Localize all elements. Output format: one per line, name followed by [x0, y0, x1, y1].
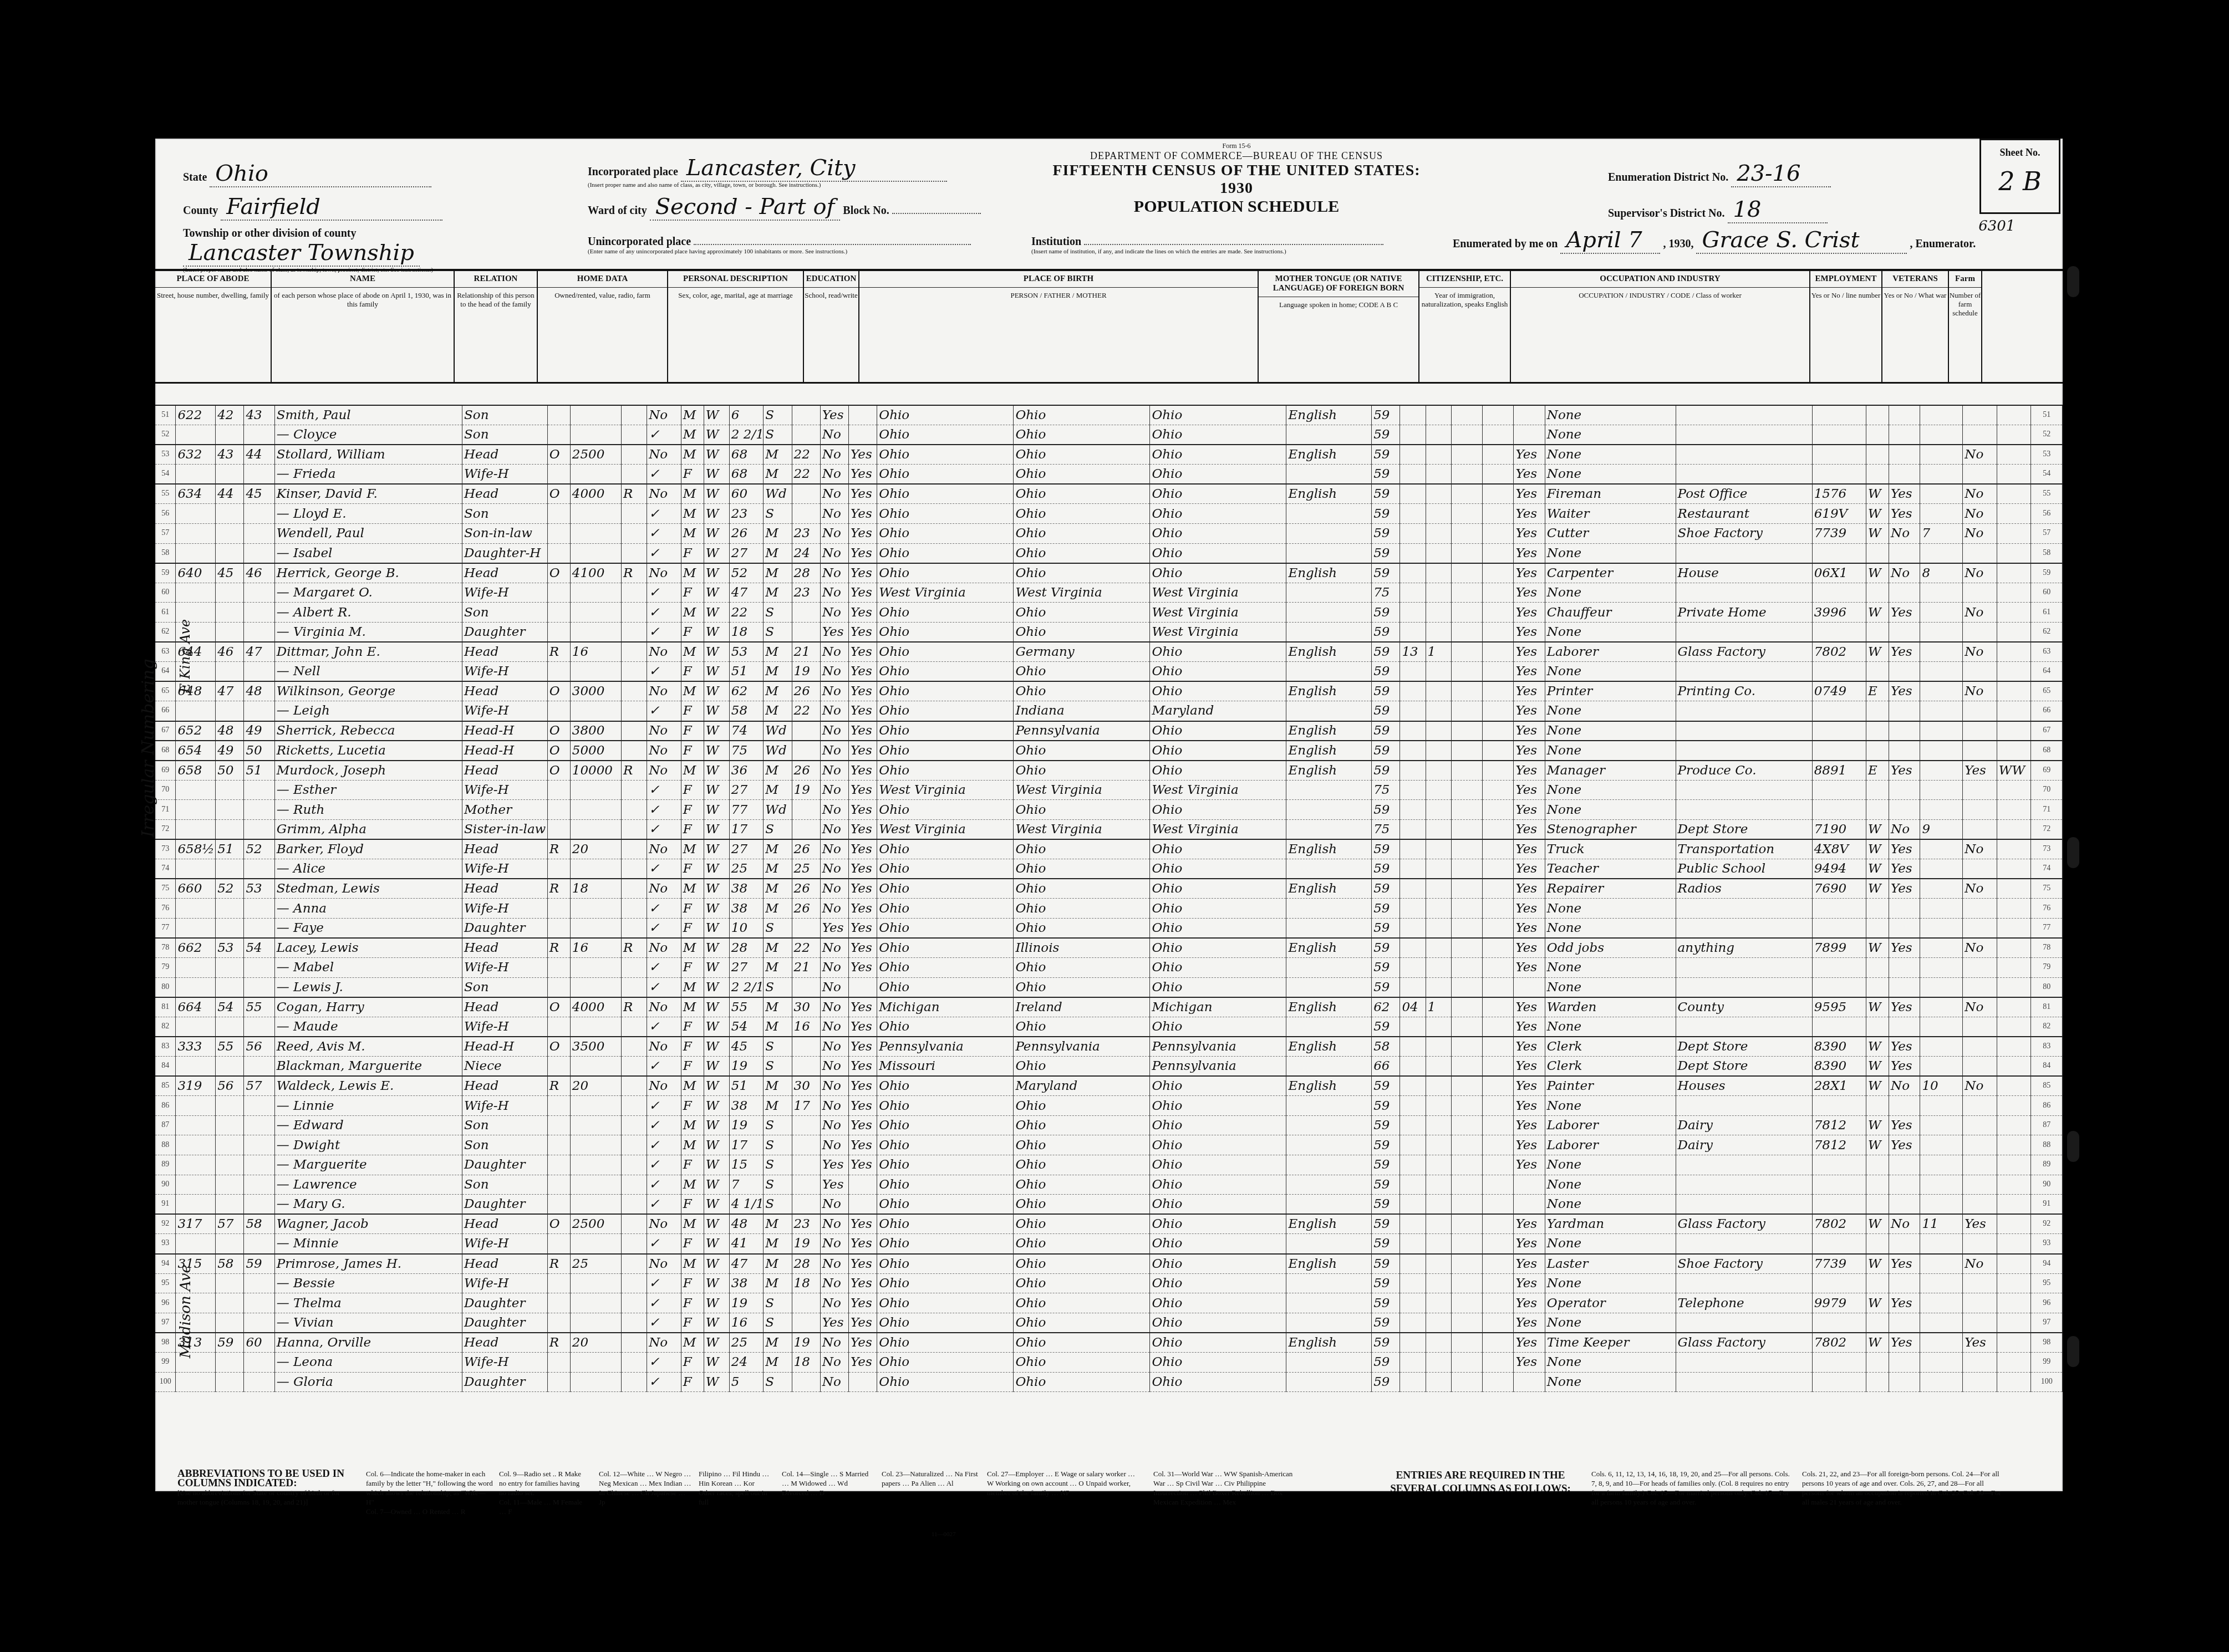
line-number-right: 79: [2031, 958, 2063, 978]
house-number: [176, 1372, 216, 1392]
class-of-worker: [1866, 780, 1889, 800]
war: [1997, 484, 2031, 504]
sex: F: [681, 780, 704, 800]
home-owned: [547, 1115, 570, 1135]
code-a: 59: [1372, 1096, 1400, 1116]
table-row: 943155859Primrose, James H.HeadR25NoMW47…: [155, 1254, 2063, 1274]
farm: ✓: [647, 1293, 681, 1313]
family-number: 46: [244, 563, 274, 583]
dwelling-number: [216, 1353, 244, 1373]
war: [1997, 741, 2031, 761]
house-number: 634: [176, 484, 216, 504]
family-number: [244, 1195, 274, 1215]
line-number: 89: [155, 1155, 176, 1175]
class-of-worker: E: [1866, 681, 1889, 701]
war: [1997, 721, 2031, 741]
industry: [1676, 1175, 1812, 1195]
age: 60: [729, 484, 764, 504]
occupation-code: 7899: [1812, 938, 1866, 958]
sex: F: [681, 701, 704, 721]
father-birthplace: Ohio: [1014, 465, 1150, 485]
attended-school: No: [820, 465, 848, 485]
race: W: [704, 977, 729, 997]
speaks-english: Yes: [1514, 1115, 1545, 1135]
war: [1997, 1214, 2031, 1234]
code-a: 59: [1372, 701, 1400, 721]
stamp-number: 6301: [1978, 218, 2015, 234]
naturalization: [1483, 681, 1514, 701]
person-name: — Minnie: [274, 1234, 462, 1254]
code-b: [1400, 1175, 1426, 1195]
relation: Wife-H: [462, 583, 548, 603]
occupation: Clerk: [1545, 1057, 1676, 1077]
unemployment-line: [1920, 741, 1963, 761]
employed: No: [1889, 563, 1920, 583]
table-row: 86— LinnieWife-H✓FW38M17NoYesOhioOhioOhi…: [155, 1096, 2063, 1116]
war: [1997, 681, 2031, 701]
occupation-code: 8891: [1812, 761, 1866, 781]
township-value: Lancaster Township: [189, 240, 414, 266]
mother-tongue: [1286, 1115, 1372, 1135]
age-at-marriage: 22: [792, 465, 820, 485]
person-name: — Vivian: [274, 1313, 462, 1333]
family-number: [244, 918, 274, 938]
class-of-worker: [1866, 662, 1889, 682]
age-at-marriage: 22: [792, 445, 820, 465]
age-at-marriage: 23: [792, 1214, 820, 1234]
father-birthplace: Ohio: [1014, 741, 1150, 761]
read-write: Yes: [849, 623, 877, 643]
relation: Head: [462, 879, 548, 899]
speaks-english: [1514, 977, 1545, 997]
marital-status: S: [764, 1313, 792, 1333]
occupation: None: [1545, 1372, 1676, 1392]
age: 68: [729, 465, 764, 485]
speaks-english: Yes: [1514, 819, 1545, 839]
dwelling-number: [216, 800, 244, 820]
line-number-right: 82: [2031, 1017, 2063, 1037]
code-c: [1426, 977, 1451, 997]
home-value: [570, 1135, 621, 1155]
person-name: Hanna, Orville: [274, 1333, 462, 1353]
race: W: [704, 1293, 729, 1313]
code-c: [1426, 958, 1451, 978]
home-value: [570, 504, 621, 524]
enumerator-name: Grace S. Crist: [1702, 227, 1859, 253]
home-owned: [547, 465, 570, 485]
age-at-marriage: 26: [792, 681, 820, 701]
attended-school: No: [820, 879, 848, 899]
home-value: 20: [570, 1333, 621, 1353]
code-b: [1400, 1254, 1426, 1274]
dwelling-number: [216, 1372, 244, 1392]
code-b: [1400, 1057, 1426, 1077]
code-c: [1426, 819, 1451, 839]
home-value: [570, 603, 621, 623]
race: W: [704, 1096, 729, 1116]
relation: Head: [462, 997, 548, 1017]
war: [1997, 1135, 2031, 1155]
family-number: [244, 701, 274, 721]
mother-tongue: [1286, 1195, 1372, 1215]
attended-school: No: [820, 1057, 848, 1077]
binder-hole: [2067, 837, 2079, 868]
sex: F: [681, 1057, 704, 1077]
class-of-worker: W: [1866, 1333, 1889, 1353]
radio: [622, 1273, 647, 1293]
race: W: [704, 1155, 729, 1175]
marital-status: S: [764, 918, 792, 938]
house-number: 664: [176, 997, 216, 1017]
age-at-marriage: 26: [792, 899, 820, 919]
mother-tongue: [1286, 1372, 1372, 1392]
mother-birthplace: Ohio: [1150, 1155, 1286, 1175]
line-number-right: 99: [2031, 1353, 2063, 1373]
house-number: [176, 504, 216, 524]
dwelling-number: 58: [216, 1254, 244, 1274]
attended-school: No: [820, 681, 848, 701]
dwelling-number: [216, 977, 244, 997]
marital-status: M: [764, 859, 792, 879]
family-number: [244, 583, 274, 603]
code-c: [1426, 1372, 1451, 1392]
table-row: 91— Mary G.Daughter✓FW4 1/12SNoOhioOhioO…: [155, 1195, 2063, 1215]
speaks-english: Yes: [1514, 1155, 1545, 1175]
occupation-code: 7190: [1812, 819, 1866, 839]
family-number: [244, 1135, 274, 1155]
birthplace: Ohio: [877, 563, 1014, 583]
line-number: 97: [155, 1313, 176, 1333]
age: 19: [729, 1293, 764, 1313]
marital-status: S: [764, 623, 792, 643]
mother-birthplace: Ohio: [1150, 761, 1286, 781]
mother-tongue: English: [1286, 445, 1372, 465]
line-number-right: 97: [2031, 1313, 2063, 1333]
veteran: No: [1963, 484, 1997, 504]
occupation: Stenographer: [1545, 819, 1676, 839]
house-number: [176, 1155, 216, 1175]
immigration-year: [1451, 465, 1482, 485]
line-number-right: 75: [2031, 879, 2063, 899]
relation: Head: [462, 642, 548, 662]
father-birthplace: Ohio: [1014, 445, 1150, 465]
read-write: Yes: [849, 938, 877, 958]
marital-status: Wd: [764, 741, 792, 761]
line-number: 99: [155, 1353, 176, 1373]
home-owned: [547, 1057, 570, 1077]
radio: [622, 1254, 647, 1274]
read-write: Yes: [849, 681, 877, 701]
attended-school: No: [820, 563, 848, 583]
occupation: Repairer: [1545, 879, 1676, 899]
line-number: 75: [155, 879, 176, 899]
sex: M: [681, 1175, 704, 1195]
war: [1997, 1195, 2031, 1215]
read-write: Yes: [849, 662, 877, 682]
occupation: Waiter: [1545, 504, 1676, 524]
read-write: Yes: [849, 603, 877, 623]
farm: No: [647, 405, 681, 425]
farm: ✓: [647, 662, 681, 682]
relation: Wife-H: [462, 1273, 548, 1293]
code-b: [1400, 484, 1426, 504]
home-value: [570, 977, 621, 997]
mother-birthplace: Ohio: [1150, 1234, 1286, 1254]
person-name: — Frieda: [274, 465, 462, 485]
home-value: [570, 1017, 621, 1037]
employed: [1889, 958, 1920, 978]
unemployment-line: [1920, 938, 1963, 958]
occupation-code: [1812, 1017, 1866, 1037]
war: [1997, 1313, 2031, 1333]
code-c: [1426, 563, 1451, 583]
race: W: [704, 642, 729, 662]
farm: ✓: [647, 1017, 681, 1037]
person-name: — Thelma: [274, 1293, 462, 1313]
marital-status: M: [764, 642, 792, 662]
enumerated-by-field: Enumerated by me on April 7 , 1930, Grac…: [1453, 227, 2015, 254]
family-number: [244, 465, 274, 485]
industry: [1676, 623, 1812, 643]
age: 51: [729, 662, 764, 682]
industry: [1676, 1313, 1812, 1333]
house-number: [176, 977, 216, 997]
relation: Head: [462, 938, 548, 958]
war: [1997, 504, 2031, 524]
race: W: [704, 1037, 729, 1057]
mother-birthplace: Ohio: [1150, 1115, 1286, 1135]
code-c: [1426, 1096, 1451, 1116]
incorporated-place-field: Incorporated place Lancaster, City (Inse…: [588, 155, 947, 188]
code-b: [1400, 603, 1426, 623]
home-value: [570, 425, 621, 445]
birthplace: West Virginia: [877, 819, 1014, 839]
relation: Wife-H: [462, 662, 548, 682]
marital-status: S: [764, 1037, 792, 1057]
occupation: Teacher: [1545, 859, 1676, 879]
father-birthplace: Ohio: [1014, 918, 1150, 938]
mother-birthplace: Ohio: [1150, 1353, 1286, 1373]
table-row: 80— Lewis J.Son✓MW2 2/12SNoOhioOhioOhio5…: [155, 977, 2063, 997]
radio: [622, 1017, 647, 1037]
line-number-right: 93: [2031, 1234, 2063, 1254]
table-row: 96— ThelmaDaughter✓FW19SNoYesOhioOhioOhi…: [155, 1293, 2063, 1313]
table-row: 79— MabelWife-H✓FW27M21NoYesOhioOhioOhio…: [155, 958, 2063, 978]
birthplace: Ohio: [877, 1195, 1014, 1215]
person-name: — Ruth: [274, 800, 462, 820]
person-name: — Gloria: [274, 1372, 462, 1392]
speaks-english: Yes: [1514, 1076, 1545, 1096]
code-c: [1426, 918, 1451, 938]
mother-tongue: English: [1286, 1254, 1372, 1274]
read-write: [849, 405, 877, 425]
line-number: 67: [155, 721, 176, 741]
farm: ✓: [647, 1313, 681, 1333]
father-birthplace: Germany: [1014, 642, 1150, 662]
dwelling-number: 50: [216, 761, 244, 781]
line-number-right: 60: [2031, 583, 2063, 603]
read-write: [849, 1175, 877, 1195]
class-of-worker: [1866, 465, 1889, 485]
occupation: Time Keeper: [1545, 1333, 1676, 1353]
home-owned: [547, 543, 570, 563]
family-number: [244, 623, 274, 643]
industry: Houses: [1676, 1076, 1812, 1096]
code-b: [1400, 543, 1426, 563]
race: W: [704, 997, 729, 1017]
code-b: [1400, 879, 1426, 899]
table-row: 556344445Kinser, David F.HeadO4000RNoMW6…: [155, 484, 2063, 504]
attended-school: No: [820, 859, 848, 879]
code-b: [1400, 918, 1426, 938]
age: 18: [729, 623, 764, 643]
family-number: [244, 543, 274, 563]
code-c: [1426, 465, 1451, 485]
occupation: None: [1545, 1313, 1676, 1333]
radio: [622, 1135, 647, 1155]
house-number: 654: [176, 741, 216, 761]
naturalization: [1483, 1293, 1514, 1313]
code-c: [1426, 899, 1451, 919]
sex: F: [681, 1096, 704, 1116]
home-owned: O: [547, 721, 570, 741]
race: W: [704, 681, 729, 701]
code-c: [1426, 1115, 1451, 1135]
radio: [622, 819, 647, 839]
mother-tongue: [1286, 1313, 1372, 1333]
class-of-worker: W: [1866, 879, 1889, 899]
employed: [1889, 701, 1920, 721]
employed: [1889, 899, 1920, 919]
age-at-marriage: 17: [792, 1096, 820, 1116]
immigration-year: [1451, 524, 1482, 544]
home-owned: O: [547, 563, 570, 583]
occupation: Odd jobs: [1545, 938, 1676, 958]
immigration-year: [1451, 780, 1482, 800]
father-birthplace: Ohio: [1014, 859, 1150, 879]
radio: [622, 445, 647, 465]
attended-school: Yes: [820, 1175, 848, 1195]
read-write: Yes: [849, 741, 877, 761]
code-a: 59: [1372, 938, 1400, 958]
naturalization: [1483, 1057, 1514, 1077]
marital-status: M: [764, 1254, 792, 1274]
line-number-right: 72: [2031, 819, 2063, 839]
home-value: [570, 1175, 621, 1195]
naturalization: [1483, 484, 1514, 504]
marital-status: M: [764, 839, 792, 859]
home-owned: [547, 918, 570, 938]
race: W: [704, 543, 729, 563]
farm: ✓: [647, 603, 681, 623]
occupation-code: [1812, 1372, 1866, 1392]
naturalization: [1483, 938, 1514, 958]
naturalization: [1483, 524, 1514, 544]
dwelling-number: [216, 1313, 244, 1333]
industry: [1676, 405, 1812, 425]
home-value: [570, 465, 621, 485]
farm: No: [647, 721, 681, 741]
veteran: [1963, 1017, 1997, 1037]
birthplace: Ohio: [877, 1214, 1014, 1234]
read-write: Yes: [849, 1353, 877, 1373]
class-of-worker: W: [1866, 563, 1889, 583]
code-c: [1426, 839, 1451, 859]
father-birthplace: Pennsylvania: [1014, 721, 1150, 741]
birthplace: Ohio: [877, 1135, 1014, 1155]
line-number-right: 89: [2031, 1155, 2063, 1175]
father-birthplace: Ohio: [1014, 1175, 1150, 1195]
speaks-english: Yes: [1514, 1135, 1545, 1155]
table-row: 87— EdwardSon✓MW19SNoYesOhioOhioOhio59Ye…: [155, 1115, 2063, 1135]
read-write: Yes: [849, 1057, 877, 1077]
mother-tongue: [1286, 819, 1372, 839]
attended-school: No: [820, 1076, 848, 1096]
class-of-worker: [1866, 1195, 1889, 1215]
code-c: [1426, 603, 1451, 623]
class-of-worker: W: [1866, 1214, 1889, 1234]
occupation-code: 28X1: [1812, 1076, 1866, 1096]
line-number: 65: [155, 681, 176, 701]
home-value: [570, 1096, 621, 1116]
read-write: [849, 1372, 877, 1392]
code-c: [1426, 504, 1451, 524]
unemployment-line: [1920, 1096, 1963, 1116]
home-owned: [547, 701, 570, 721]
marital-status: M: [764, 1273, 792, 1293]
age-at-marriage: 26: [792, 879, 820, 899]
war: [1997, 405, 2031, 425]
radio: [622, 583, 647, 603]
race: W: [704, 1313, 729, 1333]
township-field: Township or other division of county Lan…: [183, 227, 516, 273]
sex: M: [681, 761, 704, 781]
naturalization: [1483, 1214, 1514, 1234]
speaks-english: Yes: [1514, 465, 1545, 485]
marital-status: M: [764, 1214, 792, 1234]
mother-birthplace: Ohio: [1150, 938, 1286, 958]
sex: M: [681, 1254, 704, 1274]
family-number: 55: [244, 997, 274, 1017]
line-number-right: 53: [2031, 445, 2063, 465]
house-number: [176, 1195, 216, 1215]
home-owned: [547, 1135, 570, 1155]
immigration-year: [1451, 583, 1482, 603]
attended-school: Yes: [820, 918, 848, 938]
class-of-worker: W: [1866, 1293, 1889, 1313]
employed: Yes: [1889, 938, 1920, 958]
code-a: 59: [1372, 977, 1400, 997]
industry: [1676, 721, 1812, 741]
naturalization: [1483, 879, 1514, 899]
naturalization: [1483, 1254, 1514, 1274]
code-c: [1426, 1057, 1451, 1077]
occupation-code: [1812, 780, 1866, 800]
birthplace: Ohio: [877, 918, 1014, 938]
occupation-code: [1812, 583, 1866, 603]
code-c: [1426, 425, 1451, 445]
county-value: Fairfield: [226, 194, 320, 220]
radio: [622, 1195, 647, 1215]
family-number: [244, 1096, 274, 1116]
birthplace: Ohio: [877, 1254, 1014, 1274]
occupation-code: 7739: [1812, 524, 1866, 544]
war: [1997, 1076, 2031, 1096]
mother-birthplace: West Virginia: [1150, 780, 1286, 800]
marital-status: S: [764, 1155, 792, 1175]
unemployment-line: [1920, 879, 1963, 899]
mother-birthplace: Ohio: [1150, 1333, 1286, 1353]
